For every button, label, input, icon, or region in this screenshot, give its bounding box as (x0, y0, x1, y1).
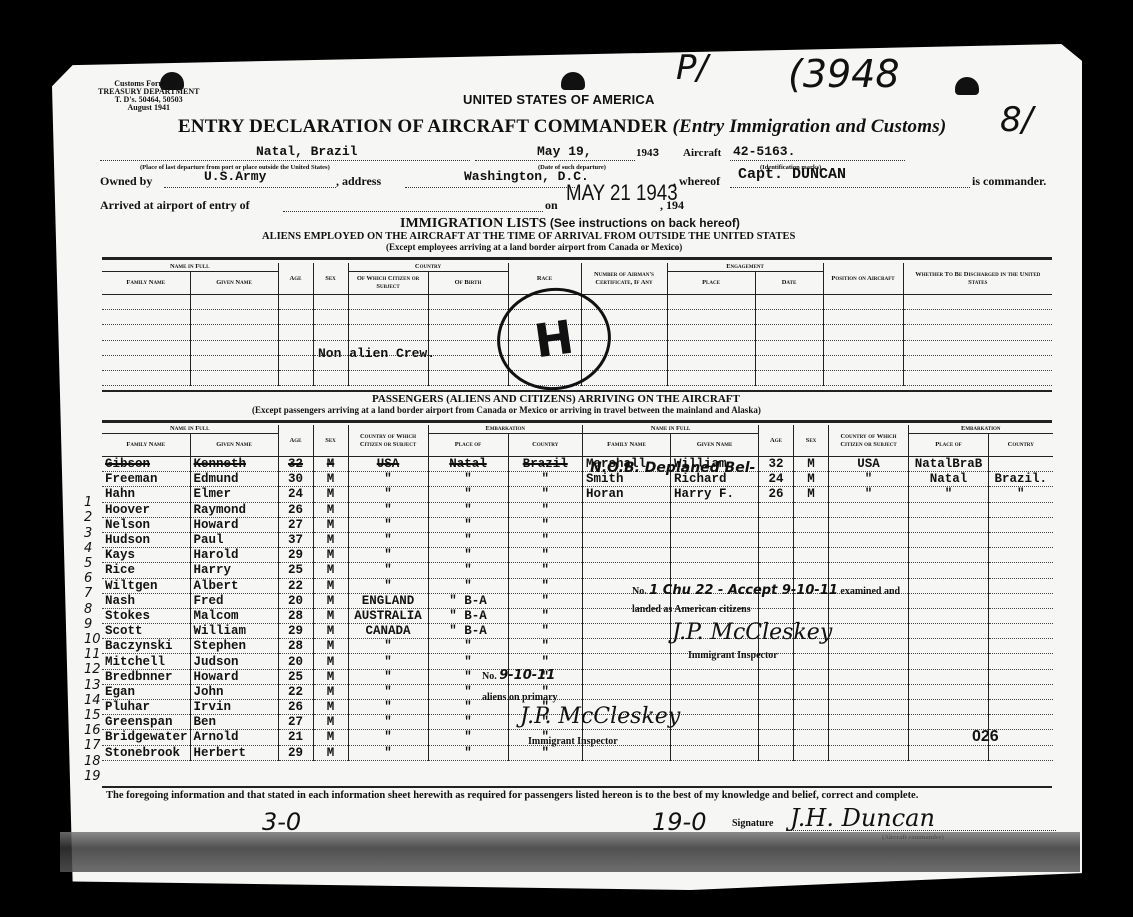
punch-hole (955, 77, 979, 95)
col-place-of: Place of (428, 434, 508, 457)
sex-cell: M (313, 700, 348, 715)
country-cell (989, 669, 1053, 684)
citizen-cell (829, 684, 909, 699)
family-name-cell: Rice (102, 563, 190, 578)
country-cell (989, 578, 1053, 593)
passengers-heading: PASSENGERS (ALIENS AND CITIZENS) ARRIVIN… (372, 393, 740, 405)
citizen-cell (829, 639, 909, 654)
given-name-cell (671, 684, 759, 699)
place-cell: " B-A (428, 593, 508, 608)
col-given-name: Given Name (190, 434, 278, 457)
age-cell: 21 (278, 730, 313, 745)
sex-cell: M (313, 548, 348, 563)
place-cell: " (428, 487, 508, 502)
citizen-cell (829, 563, 909, 578)
stamp-text: examined and (840, 586, 900, 597)
col-date: Date (755, 272, 823, 295)
col-discharged: Whether To Be Discharged in the United S… (903, 263, 1052, 295)
col-citizen-of: Country of Which Citizen or Subject (829, 425, 909, 457)
family-name-cell (583, 654, 671, 669)
sex-cell (794, 548, 829, 563)
given-name-cell (671, 669, 759, 684)
given-name-cell: Harry F. (671, 487, 759, 502)
citizen-cell: " (348, 745, 428, 760)
country-cell: " (508, 563, 582, 578)
aircraft-line (730, 160, 905, 161)
immigration-heading-text: IMMIGRATION LISTS (400, 216, 546, 231)
sex-cell: M (313, 517, 348, 532)
stamp-handwritten-note: 1 Chu 22 - Accept 9-10-11 (649, 583, 838, 598)
age-cell: 26 (278, 700, 313, 715)
age-cell (759, 669, 794, 684)
family-name-cell: Nelson (102, 517, 190, 532)
citizen-cell: " (348, 548, 428, 563)
col-place-of: Place of (909, 434, 989, 457)
place-cell: Natal (428, 457, 508, 472)
col-name-in-full: Name in Full (102, 425, 278, 434)
declaration-text: The foregoing information and that state… (84, 790, 1056, 802)
age-cell: 20 (278, 654, 313, 669)
citizen-cell (829, 517, 909, 532)
citizen-cell (829, 548, 909, 563)
place-cell (909, 624, 989, 639)
inspector-signature: J.P. McCleskey (520, 704, 680, 729)
country-cell (989, 502, 1053, 517)
country-cell: " (508, 517, 582, 532)
sex-cell: M (313, 593, 348, 608)
place-cell (909, 745, 989, 760)
citizen-cell: " (348, 517, 428, 532)
table-row: ScottWilliam29MCANADA" B-A" (102, 624, 582, 639)
annotation-p-mark: P/ (676, 48, 708, 88)
family-name-cell: Hahn (102, 487, 190, 502)
age-cell (759, 700, 794, 715)
year-label: 1943 (636, 147, 659, 160)
sex-cell (794, 700, 829, 715)
place-cell: " (428, 715, 508, 730)
age-cell: 32 (278, 457, 313, 472)
divider (102, 420, 1052, 423)
row-number-mark: 1 (84, 495, 92, 510)
given-name-cell: Stephen (190, 639, 278, 654)
citizen-cell: " (348, 502, 428, 517)
row-number-mark: 13 (84, 678, 101, 693)
owned-by-label: Owned by (100, 174, 152, 189)
row-number-mark: 14 (84, 693, 101, 708)
address-line (405, 187, 575, 188)
signature-label: Signature (732, 818, 774, 829)
annotation-right-mark: 8/ (1000, 100, 1033, 140)
deplaned-note: N.O.B. Deplaned Bel- (590, 460, 755, 476)
place-cell (909, 608, 989, 623)
given-name-cell: Elmer (190, 487, 278, 502)
sex-cell (794, 502, 829, 517)
given-name-cell (671, 700, 759, 715)
col-sex: Sex (794, 425, 829, 457)
age-cell: 22 (278, 684, 313, 699)
citizen-cell: CANADA (348, 624, 428, 639)
sex-cell: M (313, 502, 348, 517)
given-name-cell (671, 502, 759, 517)
sex-cell (794, 745, 829, 760)
age-cell: 24 (759, 472, 794, 487)
given-name-cell: Fred (190, 593, 278, 608)
place-cell: " (428, 745, 508, 760)
age-cell: 28 (278, 608, 313, 623)
sex-cell (794, 715, 829, 730)
family-name-cell (583, 532, 671, 547)
family-name-cell (583, 624, 671, 639)
citizen-cell (829, 745, 909, 760)
place-cell: " (428, 578, 508, 593)
col-age: Age (278, 425, 313, 457)
col-country: Country (508, 434, 582, 457)
citizen-cell (829, 608, 909, 623)
country-cell: " (508, 532, 582, 547)
sex-cell: M (794, 472, 829, 487)
aircraft-label: Aircraft (683, 147, 721, 159)
age-cell: 30 (278, 472, 313, 487)
place-cell: " B-A (428, 608, 508, 623)
table-row (583, 502, 1053, 517)
country-cell (989, 563, 1053, 578)
citizen-cell: " (348, 472, 428, 487)
age-cell: 37 (278, 532, 313, 547)
given-name-cell: Kenneth (190, 457, 278, 472)
age-cell: 27 (278, 517, 313, 532)
place-cell (909, 548, 989, 563)
sex-cell (794, 532, 829, 547)
row-number-mark: 6 (84, 571, 92, 586)
citizen-cell: " (348, 639, 428, 654)
given-name-cell: Albert (190, 578, 278, 593)
country-cell (989, 548, 1053, 563)
country-header: UNITED STATES OF AMERICA (463, 92, 655, 107)
citizen-cell: " (348, 715, 428, 730)
family-name-cell: Hudson (102, 532, 190, 547)
given-name-cell: Irvin (190, 700, 278, 715)
place-cell: " (428, 730, 508, 745)
row-number-mark: 8 (84, 602, 92, 617)
country-cell: " (508, 593, 582, 608)
given-name-cell: William (190, 624, 278, 639)
age-cell: 25 (278, 669, 313, 684)
departure-place: Natal, Brazil (256, 144, 357, 159)
citizen-cell: USA (348, 457, 428, 472)
citizen-cell: AUSTRALIA (348, 608, 428, 623)
sex-cell (794, 563, 829, 578)
commander-line (730, 187, 970, 188)
age-cell (759, 548, 794, 563)
country-cell (989, 517, 1053, 532)
family-name-cell: Scott (102, 624, 190, 639)
sex-cell (794, 669, 829, 684)
age-cell: 22 (278, 578, 313, 593)
divider (102, 786, 1052, 788)
place-cell: " (909, 487, 989, 502)
country-cell (989, 532, 1053, 547)
family-name-cell: Baczynski (102, 639, 190, 654)
aircraft-id: 42-5163. (733, 144, 795, 159)
country-cell (989, 639, 1053, 654)
sex-cell: M (313, 487, 348, 502)
place-cell (909, 654, 989, 669)
age-cell: 25 (278, 563, 313, 578)
age-cell (759, 532, 794, 547)
age-cell (759, 684, 794, 699)
table-row: HahnElmer24M""" (102, 487, 582, 502)
sex-cell: M (313, 669, 348, 684)
given-name-cell: John (190, 684, 278, 699)
table-row: GreenspanBen27M""" (102, 715, 582, 730)
family-name-cell: Mitchell (102, 654, 190, 669)
title-main: ENTRY DECLARATION OF AIRCRAFT COMMANDER (178, 116, 668, 137)
place-cell (909, 684, 989, 699)
row-number-mark: 4 (84, 541, 92, 556)
family-name-cell (583, 639, 671, 654)
family-name-cell: Hoover (102, 502, 190, 517)
given-name-cell (671, 730, 759, 745)
country-cell: " (508, 472, 582, 487)
year-prefix: 194 (636, 147, 653, 159)
citizen-cell (829, 502, 909, 517)
citizen-cell: " (348, 669, 428, 684)
passengers-subheading: (Except passengers arriving at a land bo… (252, 405, 761, 415)
commander-signature: J.H. Duncan (790, 804, 935, 832)
row-number-mark: 18 (84, 754, 101, 769)
place-cell: " (428, 563, 508, 578)
country-cell: Brazil. (989, 472, 1053, 487)
family-name-cell (583, 684, 671, 699)
col-of-birth: Of Birth (428, 272, 508, 295)
stamp-landed-text: landed as American citizens (632, 604, 751, 615)
given-name-cell (671, 532, 759, 547)
country-cell (989, 593, 1053, 608)
place-cell (909, 532, 989, 547)
stamp-handwritten-note: 9-10-11 (499, 668, 555, 683)
country-cell: " (508, 608, 582, 623)
country-cell (989, 654, 1053, 669)
table-row (583, 517, 1053, 532)
citizen-cell (829, 532, 909, 547)
col-family-name: Family Name (583, 434, 671, 457)
country-cell (989, 457, 1053, 472)
given-name-cell: Malcom (190, 608, 278, 623)
whereof-label: , whereof (673, 174, 720, 189)
age-cell: 28 (278, 639, 313, 654)
col-citizen-of: Country of Which Citizen or Subject (348, 425, 428, 457)
place-cell (909, 563, 989, 578)
stamp-aliens-text: aliens on primary (482, 692, 558, 703)
table-row (583, 532, 1053, 547)
table-row: NelsonHoward27M""" (102, 517, 582, 532)
country-cell: Brazil (508, 457, 582, 472)
sex-cell (794, 730, 829, 745)
stamp-no-label: No. (632, 586, 647, 597)
place-cell: " (428, 472, 508, 487)
family-name-cell (583, 502, 671, 517)
country-cell: " (508, 745, 582, 760)
year-suffix: 3 (653, 148, 660, 160)
citizen-cell: " (348, 578, 428, 593)
family-name-cell: Horan (583, 487, 671, 502)
family-name-cell (583, 745, 671, 760)
passenger-rows-left: GibsonKenneth32MUSANatalBrazilFreemanEdm… (102, 457, 582, 761)
age-cell: 29 (278, 624, 313, 639)
aliens-subheading: (Except employees arriving at a land bor… (386, 242, 682, 252)
row-number-mark: 12 (84, 662, 101, 677)
citizen-cell: " (348, 532, 428, 547)
given-name-cell (671, 745, 759, 760)
title-sub: (Entry Immigration and Customs) (673, 116, 947, 137)
form-identifier: Customs Form 7507 TREASURY DEPARTMENT T.… (98, 80, 199, 112)
row-number-mark: 19 (84, 769, 101, 784)
passengers-table-left: Name in Full Age Sex Country of Which Ci… (102, 425, 582, 761)
place-cell (909, 639, 989, 654)
given-name-cell: Paul (190, 532, 278, 547)
col-embarkation: Embarkation (909, 425, 1053, 434)
row-number-mark: 7 (84, 586, 92, 601)
sex-cell: M (313, 745, 348, 760)
table-row (583, 563, 1053, 578)
citizen-cell: " (348, 730, 428, 745)
sex-cell: M (313, 624, 348, 639)
row-number-mark: 11 (84, 647, 101, 662)
table-row: StonebrookHerbert29M""" (102, 745, 582, 760)
table-row: BaczynskiStephen28M""" (102, 639, 582, 654)
sex-cell (794, 517, 829, 532)
sex-cell: M (313, 715, 348, 730)
punch-hole (561, 72, 585, 90)
age-cell (759, 517, 794, 532)
sex-cell (794, 654, 829, 669)
arrival-year-label: , 194 (660, 198, 684, 213)
family-name-cell: Nash (102, 593, 190, 608)
col-age: Age (759, 425, 794, 457)
is-commander-label: is commander. (972, 174, 1046, 189)
commander-name: Capt. DUNCAN (738, 166, 846, 183)
place-cell (909, 669, 989, 684)
sex-cell: M (313, 730, 348, 745)
family-name-cell: Egan (102, 684, 190, 699)
table-row: BridgewaterArnold21M""" (102, 730, 582, 745)
airport-line (283, 211, 543, 212)
inspection-stamp-citizens: No. 1 Chu 22 - Accept 9-10-11 examined a… (632, 583, 900, 598)
sex-cell: M (313, 608, 348, 623)
country-cell: " (508, 548, 582, 563)
citizen-cell: " (348, 563, 428, 578)
table-row (583, 669, 1053, 684)
col-name-in-full: Name in Full (102, 263, 278, 272)
given-name-cell: Howard (190, 669, 278, 684)
age-cell (759, 745, 794, 760)
sex-cell: M (313, 684, 348, 699)
country-cell: " (508, 502, 582, 517)
sex-cell: M (313, 639, 348, 654)
page-title: ENTRY DECLARATION OF AIRCRAFT COMMANDER … (178, 116, 946, 138)
table-row: StokesMalcom28MAUSTRALIA" B-A" (102, 608, 582, 623)
family-name-cell: Greenspan (102, 715, 190, 730)
table-row (583, 684, 1053, 699)
citizen-cell (829, 624, 909, 639)
row-number-mark: 5 (84, 556, 92, 571)
owner-line (164, 187, 336, 188)
age-cell: 26 (759, 487, 794, 502)
age-cell: 32 (759, 457, 794, 472)
place-cell: " (428, 548, 508, 563)
given-name-cell: Harold (190, 548, 278, 563)
citizen-cell: USA (829, 457, 909, 472)
col-sex: Sex (313, 425, 348, 457)
col-embarkation: Embarkation (428, 425, 582, 434)
col-engagement: Engagement (667, 263, 823, 272)
table-row: WiltgenAlbert22M""" (102, 578, 582, 593)
row-number-mark: 2 (84, 510, 92, 525)
arrived-label: Arrived at airport of entry of (100, 198, 250, 213)
citizen-cell: " (348, 700, 428, 715)
given-name-cell: Herbert (190, 745, 278, 760)
citizen-cell: " (348, 684, 428, 699)
sex-cell: M (313, 532, 348, 547)
place-cell: " (428, 532, 508, 547)
annotation-file-number: (3948 (788, 52, 900, 96)
family-name-cell: Gibson (102, 457, 190, 472)
immigration-heading-note: (See instructions on back hereof) (550, 216, 740, 230)
table-row (583, 745, 1053, 760)
place-cell (909, 700, 989, 715)
age-cell: 26 (278, 502, 313, 517)
family-name-cell: Bridgewater (102, 730, 190, 745)
age-cell (759, 563, 794, 578)
departure-date: May 19, (537, 144, 592, 159)
divider (102, 390, 1052, 392)
table-row: NashFred20MENGLAND" B-A" (102, 593, 582, 608)
sex-cell: M (313, 457, 348, 472)
family-name-cell: Pluhar (102, 700, 190, 715)
row-number-mark: 10 (84, 632, 101, 647)
table-row: RiceHarry25M""" (102, 563, 582, 578)
table-row: HudsonPaul37M""" (102, 532, 582, 547)
divider (102, 257, 1052, 260)
given-name-cell (671, 715, 759, 730)
family-name-cell (583, 517, 671, 532)
age-cell: 29 (278, 548, 313, 563)
country-cell: " (989, 487, 1053, 502)
given-name-cell: Judson (190, 654, 278, 669)
citizen-cell (829, 669, 909, 684)
family-name-cell: Wiltgen (102, 578, 190, 593)
table-row: FreemanEdmund30M""" (102, 472, 582, 487)
family-name-cell: Freeman (102, 472, 190, 487)
table-row: HooverRaymond26M""" (102, 502, 582, 517)
country-cell: " (508, 578, 582, 593)
code-annotation: 026 (972, 728, 999, 746)
place-cell: NatalBraB (909, 457, 989, 472)
given-name-cell: Arnold (190, 730, 278, 745)
place-cell: " (428, 654, 508, 669)
col-citizen-of: Of Which Citizen or Subject (348, 272, 428, 295)
departure-place-line (100, 160, 470, 161)
col-sex: Sex (313, 263, 348, 295)
country-cell: " (508, 654, 582, 669)
given-name-cell: Harry (190, 563, 278, 578)
inspection-stamp-aliens: No. 9-10-11 (482, 668, 555, 683)
place-cell (909, 502, 989, 517)
given-name-cell (671, 563, 759, 578)
sex-cell: M (794, 457, 829, 472)
place-cell: Natal (909, 472, 989, 487)
age-cell (759, 715, 794, 730)
